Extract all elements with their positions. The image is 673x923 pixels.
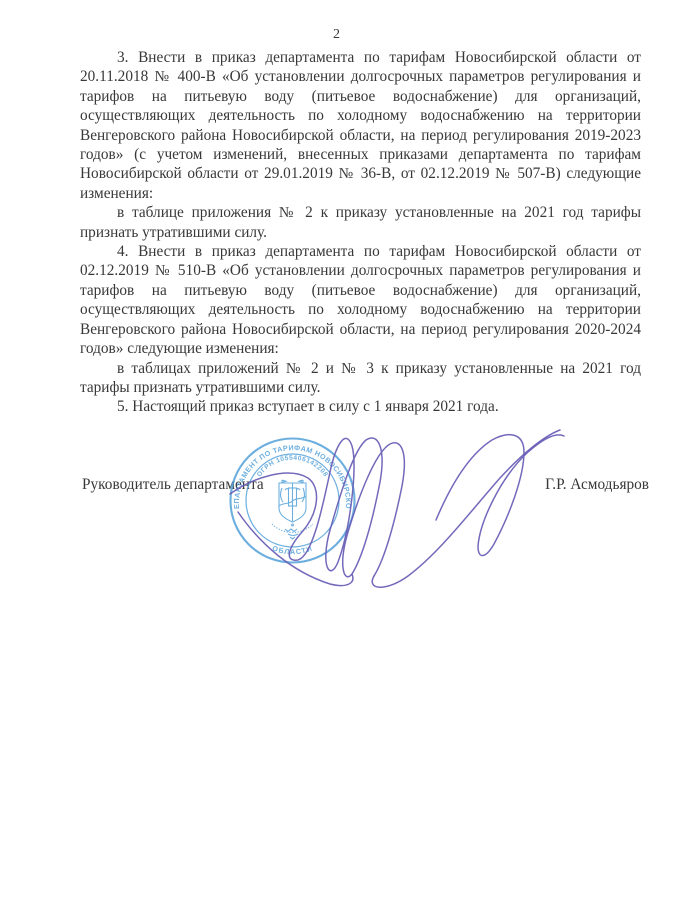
signature-stroke-entry: [230, 438, 404, 577]
paragraph-item-3: 3. Внести в приказ департамента по тариф…: [80, 48, 641, 203]
signature-stroke-flourish: [372, 430, 560, 587]
document-body: 3. Внести в приказ департамента по тариф…: [80, 48, 641, 417]
paragraph-item-4-amendment: в таблицах приложений № 2 и № 3 к приказ…: [80, 359, 641, 398]
document-page: 2 3. Внести в приказ департамента по тар…: [0, 0, 673, 923]
signature-stroke-underline: [238, 512, 353, 586]
handwritten-signature: [200, 400, 580, 605]
paragraph-item-3-amendment: в таблице приложения № 2 к приказу устан…: [80, 203, 641, 242]
page-number: 2: [0, 27, 673, 43]
signature-stroke-loop-right: [436, 435, 564, 556]
paragraph-item-4: 4. Внести в приказ департамента по тариф…: [80, 242, 641, 358]
